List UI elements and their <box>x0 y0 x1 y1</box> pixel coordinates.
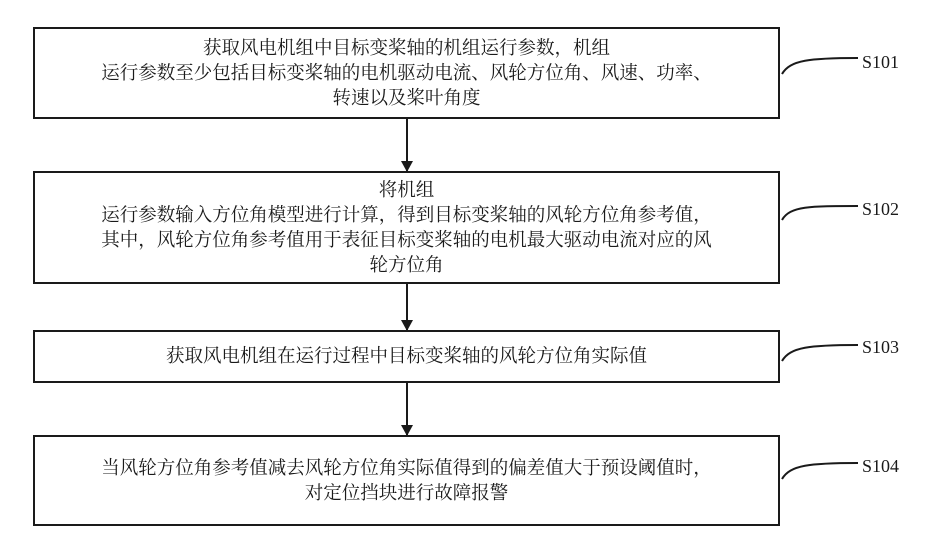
step-text-line: 获取风电机组中目标变桨轴的机组运行参数，机组 <box>203 36 610 61</box>
leader-line-icon <box>780 196 870 226</box>
step-box-s102: 将机组 运行参数输入方位角模型进行计算，得到目标变桨轴的风轮方位角参考值， 其中… <box>33 171 780 284</box>
arrow-down-icon <box>406 383 408 435</box>
step-label-s101: S101 <box>862 52 899 73</box>
step-text-line: 对定位挡块进行故障报警 <box>305 481 509 506</box>
arrow-down-icon <box>406 284 408 330</box>
step-box-s103: 获取风电机组在运行过程中目标变桨轴的风轮方位角实际值 <box>33 330 780 383</box>
step-label-s104: S104 <box>862 456 899 477</box>
step-text-line: 将机组 <box>379 178 435 203</box>
step-text-line: 运行参数至少包括目标变桨轴的电机驱动电流、风轮方位角、风速、功率、 <box>101 61 712 86</box>
step-text-line: 转速以及桨叶角度 <box>332 86 480 111</box>
leader-line-icon <box>780 50 870 80</box>
step-label-s103: S103 <box>862 337 899 358</box>
step-text-line: 其中，风轮方位角参考值用于表征目标变桨轴的电机最大驱动电流对应的风 <box>101 228 712 253</box>
step-text-line: 获取风电机组在运行过程中目标变桨轴的风轮方位角实际值 <box>166 344 647 369</box>
step-text-line: 轮方位角 <box>369 253 443 278</box>
step-label-s102: S102 <box>862 199 899 220</box>
step-text-line: 运行参数输入方位角模型进行计算，得到目标变桨轴的风轮方位角参考值， <box>101 203 712 228</box>
leader-line-icon <box>780 453 870 483</box>
arrow-down-icon <box>406 119 408 171</box>
step-text-line: 当风轮方位角参考值减去风轮方位角实际值得到的偏差值大于预设阈值时， <box>101 456 712 481</box>
leader-line-icon <box>780 335 870 365</box>
step-box-s104: 当风轮方位角参考值减去风轮方位角实际值得到的偏差值大于预设阈值时， 对定位挡块进… <box>33 435 780 526</box>
step-box-s101: 获取风电机组中目标变桨轴的机组运行参数，机组 运行参数至少包括目标变桨轴的电机驱… <box>33 27 780 119</box>
